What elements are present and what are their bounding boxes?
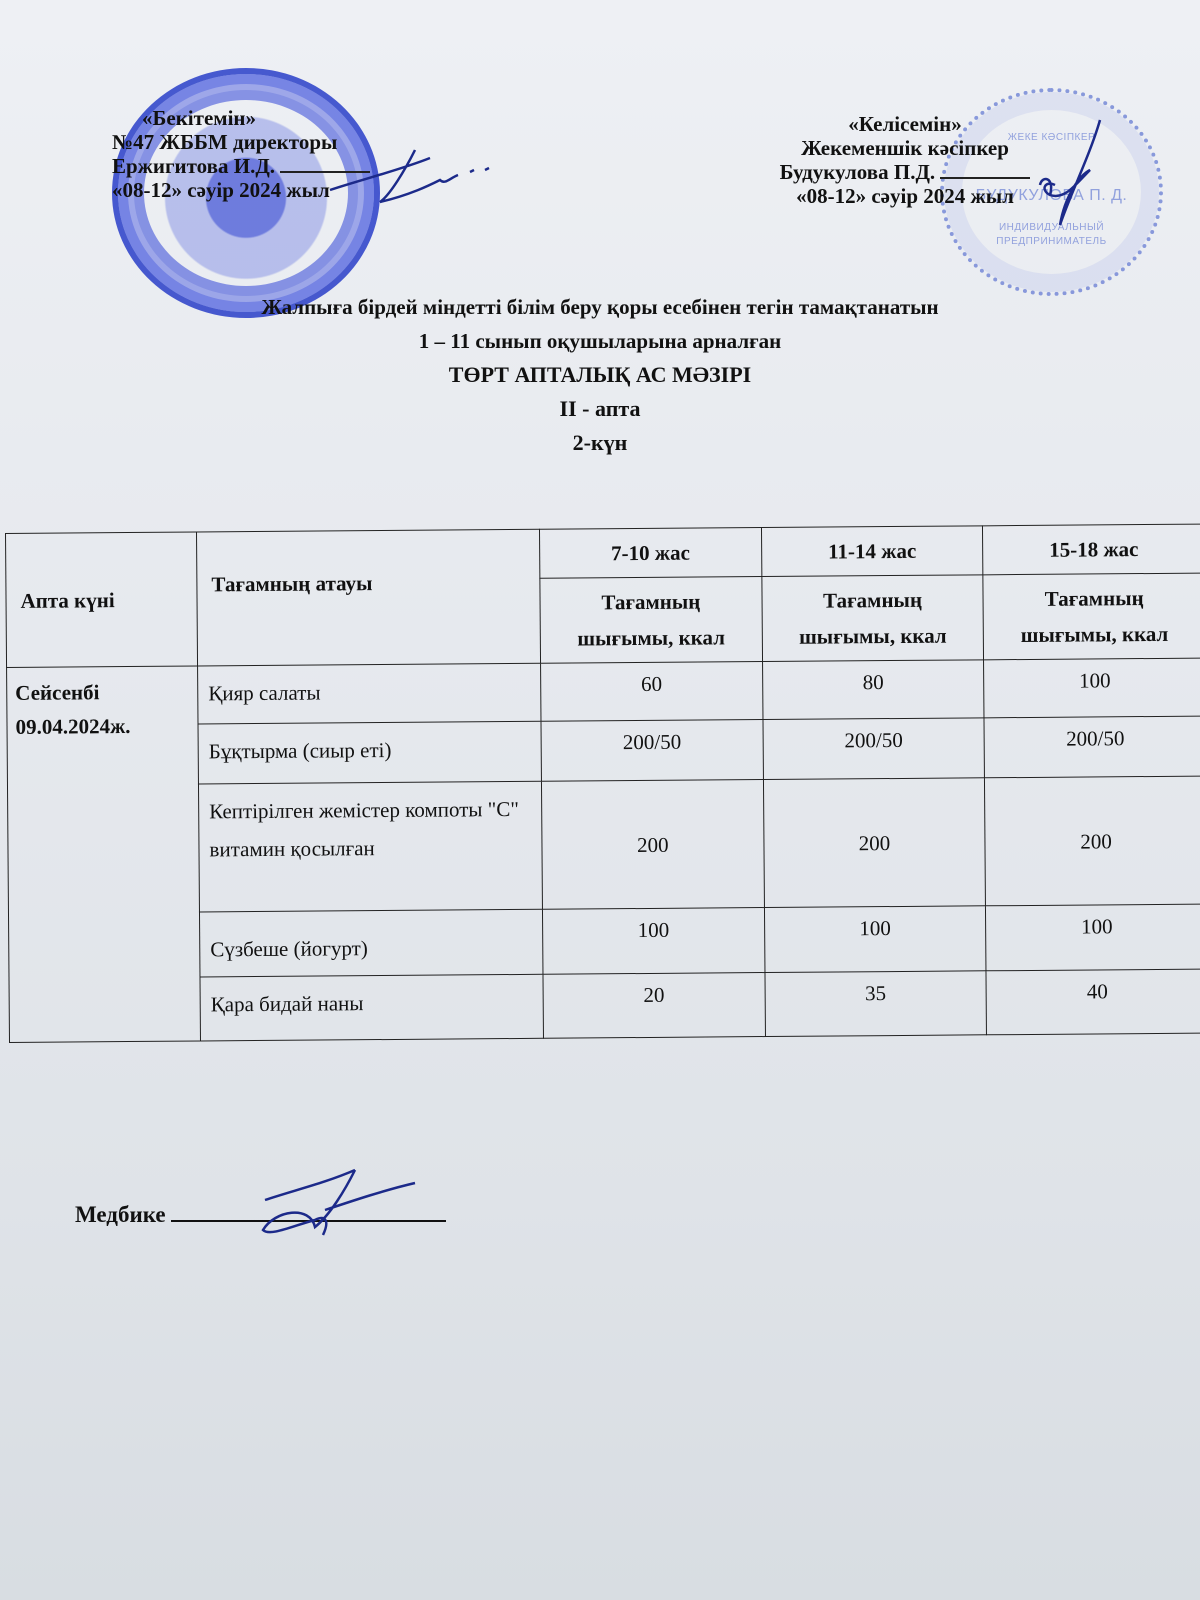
nurse-signature: [255, 1165, 435, 1245]
document-header: Жалпыға бірдей міндетті білім беру қоры …: [0, 290, 1200, 460]
title-line-2: 1 – 11 сынып оқушыларына арналған: [0, 324, 1200, 358]
approval-title: «Бекітемін»: [112, 106, 370, 130]
title-line-1: Жалпыға бірдей міндетті білім беру қоры …: [0, 290, 1200, 324]
yield-value: 20: [543, 973, 765, 1039]
week-label: II - апта: [0, 392, 1200, 426]
day-label: 2-күн: [0, 426, 1200, 460]
dish-name: Бұқтырма (сиыр еті): [198, 721, 541, 784]
yield-value: 200: [763, 778, 986, 908]
day-cell: Сейсенбі 09.04.2024ж.: [7, 666, 201, 1042]
yield-value: 100: [542, 908, 764, 975]
yield-value: 80: [762, 660, 984, 720]
menu-table: Апта күні Тағамның атауы 7-10 жас 11-14 …: [5, 524, 1200, 1043]
yield-value: 200: [985, 776, 1200, 906]
yield-value: 200/50: [763, 718, 985, 780]
document-title: ТӨРТ АПТАЛЫҚ АС МӘЗІРІ: [0, 358, 1200, 392]
table-row: Сейсенбі 09.04.2024ж. Қияр салаты 60 80 …: [7, 658, 1200, 725]
dish-name: Қара бидай наны: [200, 974, 543, 1041]
yield-value: 40: [986, 969, 1200, 1035]
header-yield: Тағамныңшығымы, ккал: [540, 577, 762, 664]
yield-value: 60: [541, 662, 763, 722]
entrepreneur-signature: [1020, 115, 1130, 235]
dish-name: Кептірілген жемістер компоты "С" витамин…: [198, 781, 542, 912]
yield-value: 100: [764, 906, 986, 973]
header-age-group: 11-14 жас: [761, 526, 983, 577]
header-yield: Тағамныңшығымы, ккал: [762, 575, 984, 662]
nurse-label: Медбике: [75, 1202, 166, 1227]
header-day: Апта күні: [6, 532, 198, 667]
header-age-group: 15-18 жас: [983, 524, 1200, 575]
header-age-group: 7-10 жас: [539, 528, 761, 579]
yield-value: 200/50: [984, 716, 1200, 778]
director-signature: [320, 140, 520, 215]
stamp-text: ПРЕДПРИНИМАТЕЛЬ: [944, 236, 1159, 247]
header-yield: Тағамныңшығымы, ккал: [983, 573, 1200, 660]
yield-value: 100: [984, 658, 1200, 718]
yield-value: 200/50: [541, 720, 763, 782]
yield-value: 200: [541, 780, 764, 910]
dish-name: Сүзбеше (йогурт): [199, 909, 542, 977]
dish-name: Қияр салаты: [198, 663, 541, 724]
header-dish: Тағамның атауы: [196, 529, 540, 666]
yield-value: 35: [765, 971, 987, 1037]
yield-value: 100: [986, 904, 1200, 971]
